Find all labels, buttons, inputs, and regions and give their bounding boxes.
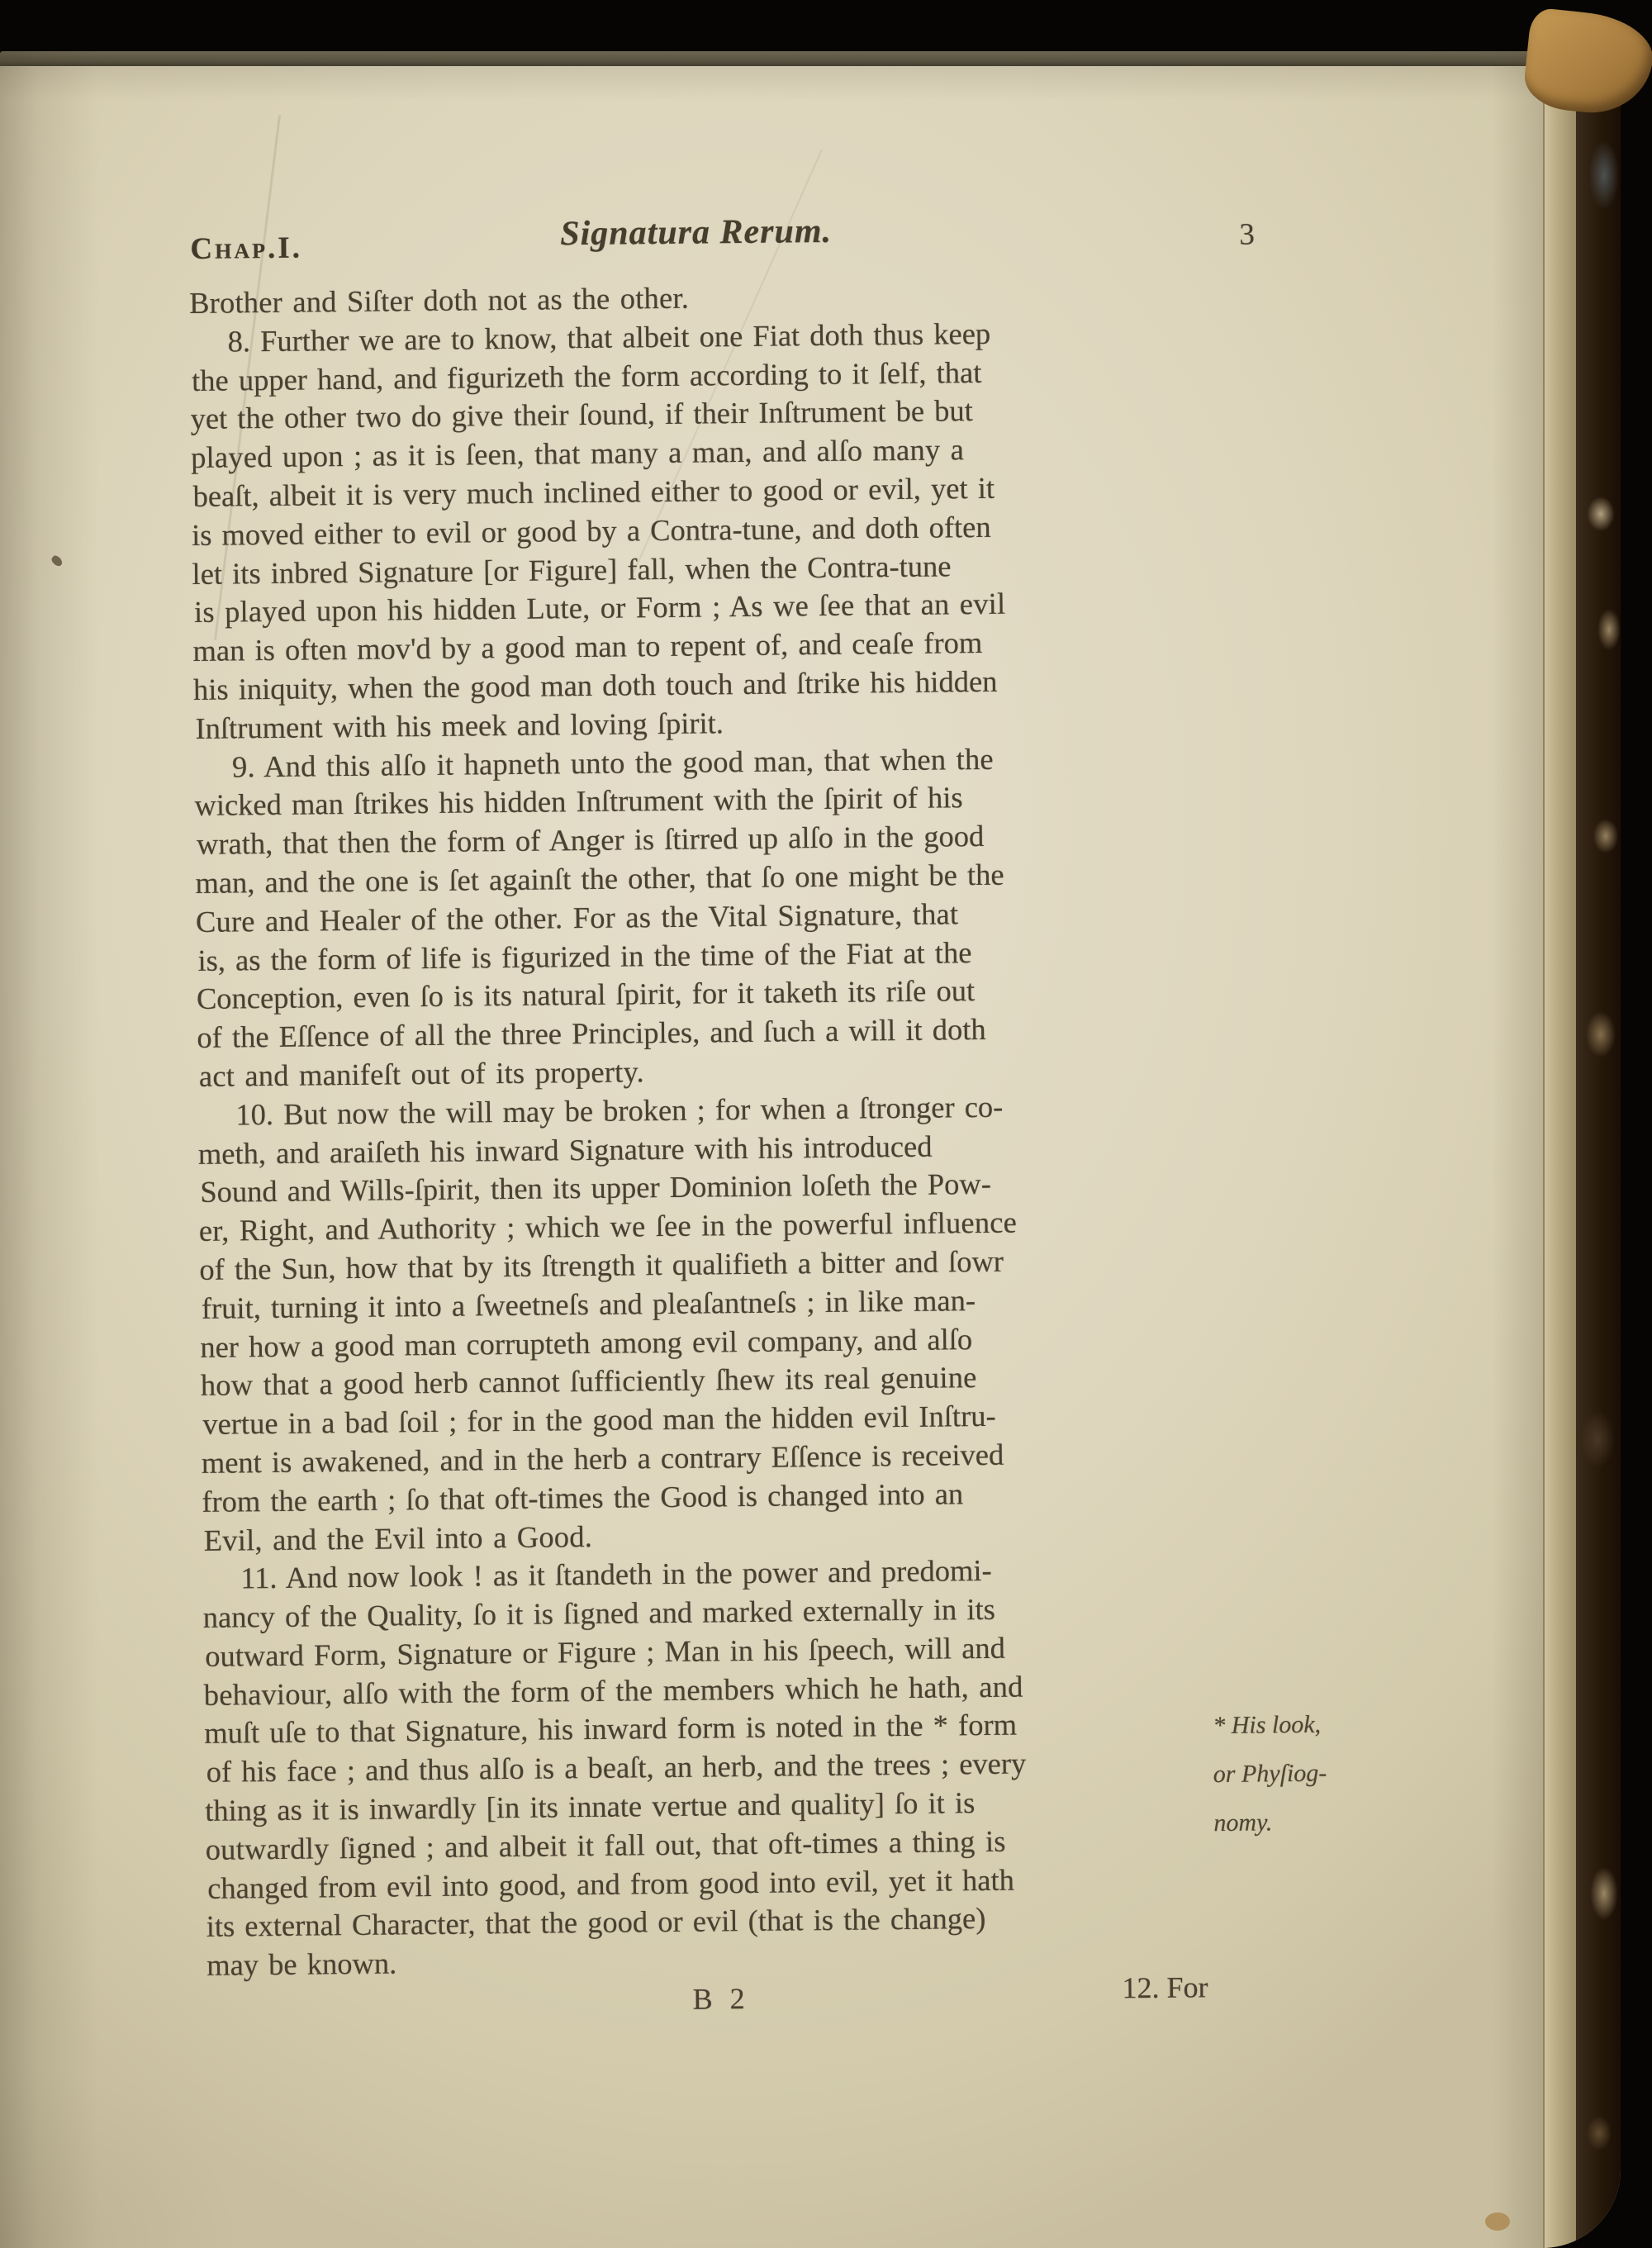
margin-note-line: * His look, [1213, 1699, 1403, 1750]
body-text: Brother and Siſter doth not as the other… [189, 273, 1214, 1985]
text-block: Chap.I. Signatura Rerum. 3 Brother and S… [188, 204, 1215, 2027]
margin-note-line: nomy. [1213, 1797, 1404, 1847]
signature-mark: B 2 [692, 1981, 749, 2017]
chapter-heading: Chap.I. [190, 231, 302, 267]
catchword: 12. For [1122, 1970, 1208, 2005]
torn-corner-patch [1521, 7, 1652, 118]
page-fore-edge [1543, 51, 1576, 2248]
margin-note-line: or Phyſiog- [1213, 1748, 1404, 1799]
paper-stain [1485, 2212, 1510, 2231]
running-title: Signatura Rerum. [560, 211, 832, 254]
margin-note: * His look,or Phyſiog-nomy. [1213, 1699, 1404, 1847]
page-number: 3 [1239, 216, 1255, 252]
scanned-book-photo: Chap.I. Signatura Rerum. 3 Brother and S… [0, 0, 1652, 2248]
book-page: Chap.I. Signatura Rerum. 3 Brother and S… [0, 51, 1621, 2248]
leather-binding-edge [1576, 51, 1621, 2248]
page-header: Chap.I. Signatura Rerum. 3 [188, 204, 1197, 284]
